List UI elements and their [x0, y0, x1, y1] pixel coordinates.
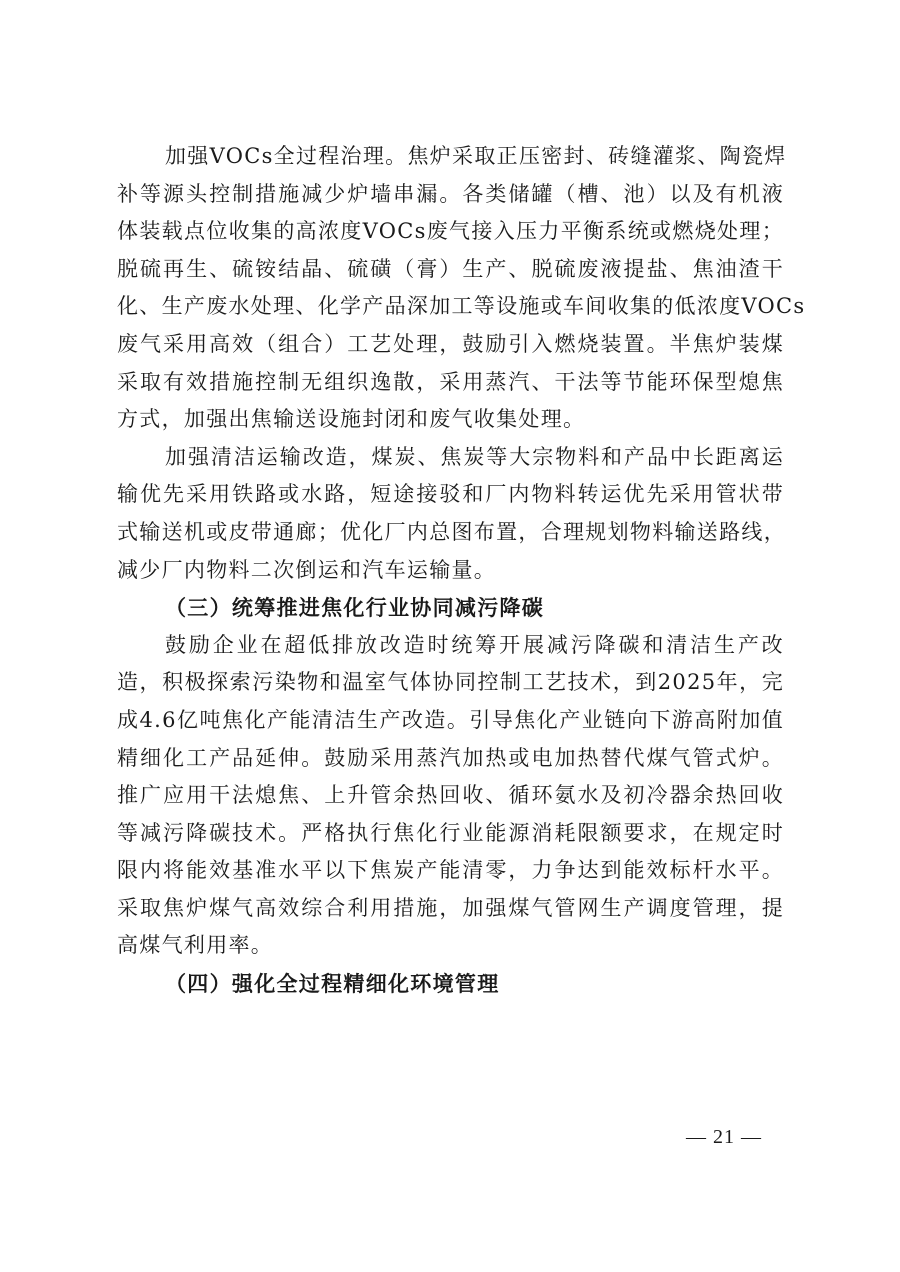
text-line: 精细化工产品延伸。鼓励采用蒸汽加热或电加热替代煤气管式炉。	[117, 740, 784, 778]
text-line: 限内将能效基准水平以下焦炭产能清零，力争达到能效标杆水平。	[117, 852, 784, 890]
text-line: 采取焦炉煤气高效综合利用措施，加强煤气管网生产调度管理，提	[117, 890, 784, 928]
text-line: 废气采用高效（组合）工艺处理，鼓励引入燃烧装置。半焦炉装煤	[117, 326, 784, 364]
paragraph-clean-transport: 加强清洁运输改造，煤炭、焦炭等大宗物料和产品中长距离运 输优先采用铁路或水路，短…	[117, 439, 784, 589]
text-line: 成4.6亿吨焦化产能清洁生产改造。引导焦化产业链向下游高附加值	[117, 702, 784, 740]
text-line: 造，积极探索污染物和温室气体协同控制工艺技术，到2025年，完	[117, 664, 784, 702]
paragraph-vocs-governance: 加强VOCs全过程治理。焦炉采取正压密封、砖缝灌浆、陶瓷焊 补等源头控制措施减少…	[117, 138, 784, 439]
text-line: 加强清洁运输改造，煤炭、焦炭等大宗物料和产品中长距离运	[117, 439, 784, 477]
text-line: 脱硫再生、硫铵结晶、硫磺（膏）生产、脱硫废液提盐、焦油渣干	[117, 251, 784, 289]
section-heading-4: （四）强化全过程精细化环境管理	[117, 965, 784, 1003]
text-line: 化、生产废水处理、化学产品深加工等设施或车间收集的低浓度VOCs	[117, 288, 784, 326]
text-line: 式输送机或皮带通廊；优化厂内总图布置，合理规划物料输送路线，	[117, 514, 784, 552]
text-line: 方式，加强出焦输送设施封闭和废气收集处理。	[117, 401, 784, 439]
text-line: 减少厂内物料二次倒运和汽车运输量。	[117, 552, 784, 590]
section-heading-3: （三）统筹推进焦化行业协同减污降碳	[117, 589, 784, 627]
document-page: 加强VOCs全过程治理。焦炉采取正压密封、砖缝灌浆、陶瓷焊 补等源头控制措施减少…	[117, 138, 784, 1003]
text-line: 输优先采用铁路或水路，短途接驳和厂内物料转运优先采用管状带	[117, 476, 784, 514]
text-line: 加强VOCs全过程治理。焦炉采取正压密封、砖缝灌浆、陶瓷焊	[117, 138, 784, 176]
page-number: — 21 —	[686, 1126, 762, 1149]
paragraph-carbon-reduction: 鼓励企业在超低排放改造时统筹开展减污降碳和清洁生产改 造，积极探索污染物和温室气…	[117, 627, 784, 965]
text-line: 推广应用干法熄焦、上升管余热回收、循环氨水及初冷器余热回收	[117, 777, 784, 815]
text-line: 等减污降碳技术。严格执行焦化行业能源消耗限额要求，在规定时	[117, 815, 784, 853]
text-line: 体装载点位收集的高浓度VOCs废气接入压力平衡系统或燃烧处理；	[117, 213, 784, 251]
text-line: 高煤气利用率。	[117, 927, 784, 965]
text-line: 鼓励企业在超低排放改造时统筹开展减污降碳和清洁生产改	[117, 627, 784, 665]
text-line: 采取有效措施控制无组织逸散，采用蒸汽、干法等节能环保型熄焦	[117, 364, 784, 402]
text-line: 补等源头控制措施减少炉墙串漏。各类储罐（槽、池）以及有机液	[117, 176, 784, 214]
